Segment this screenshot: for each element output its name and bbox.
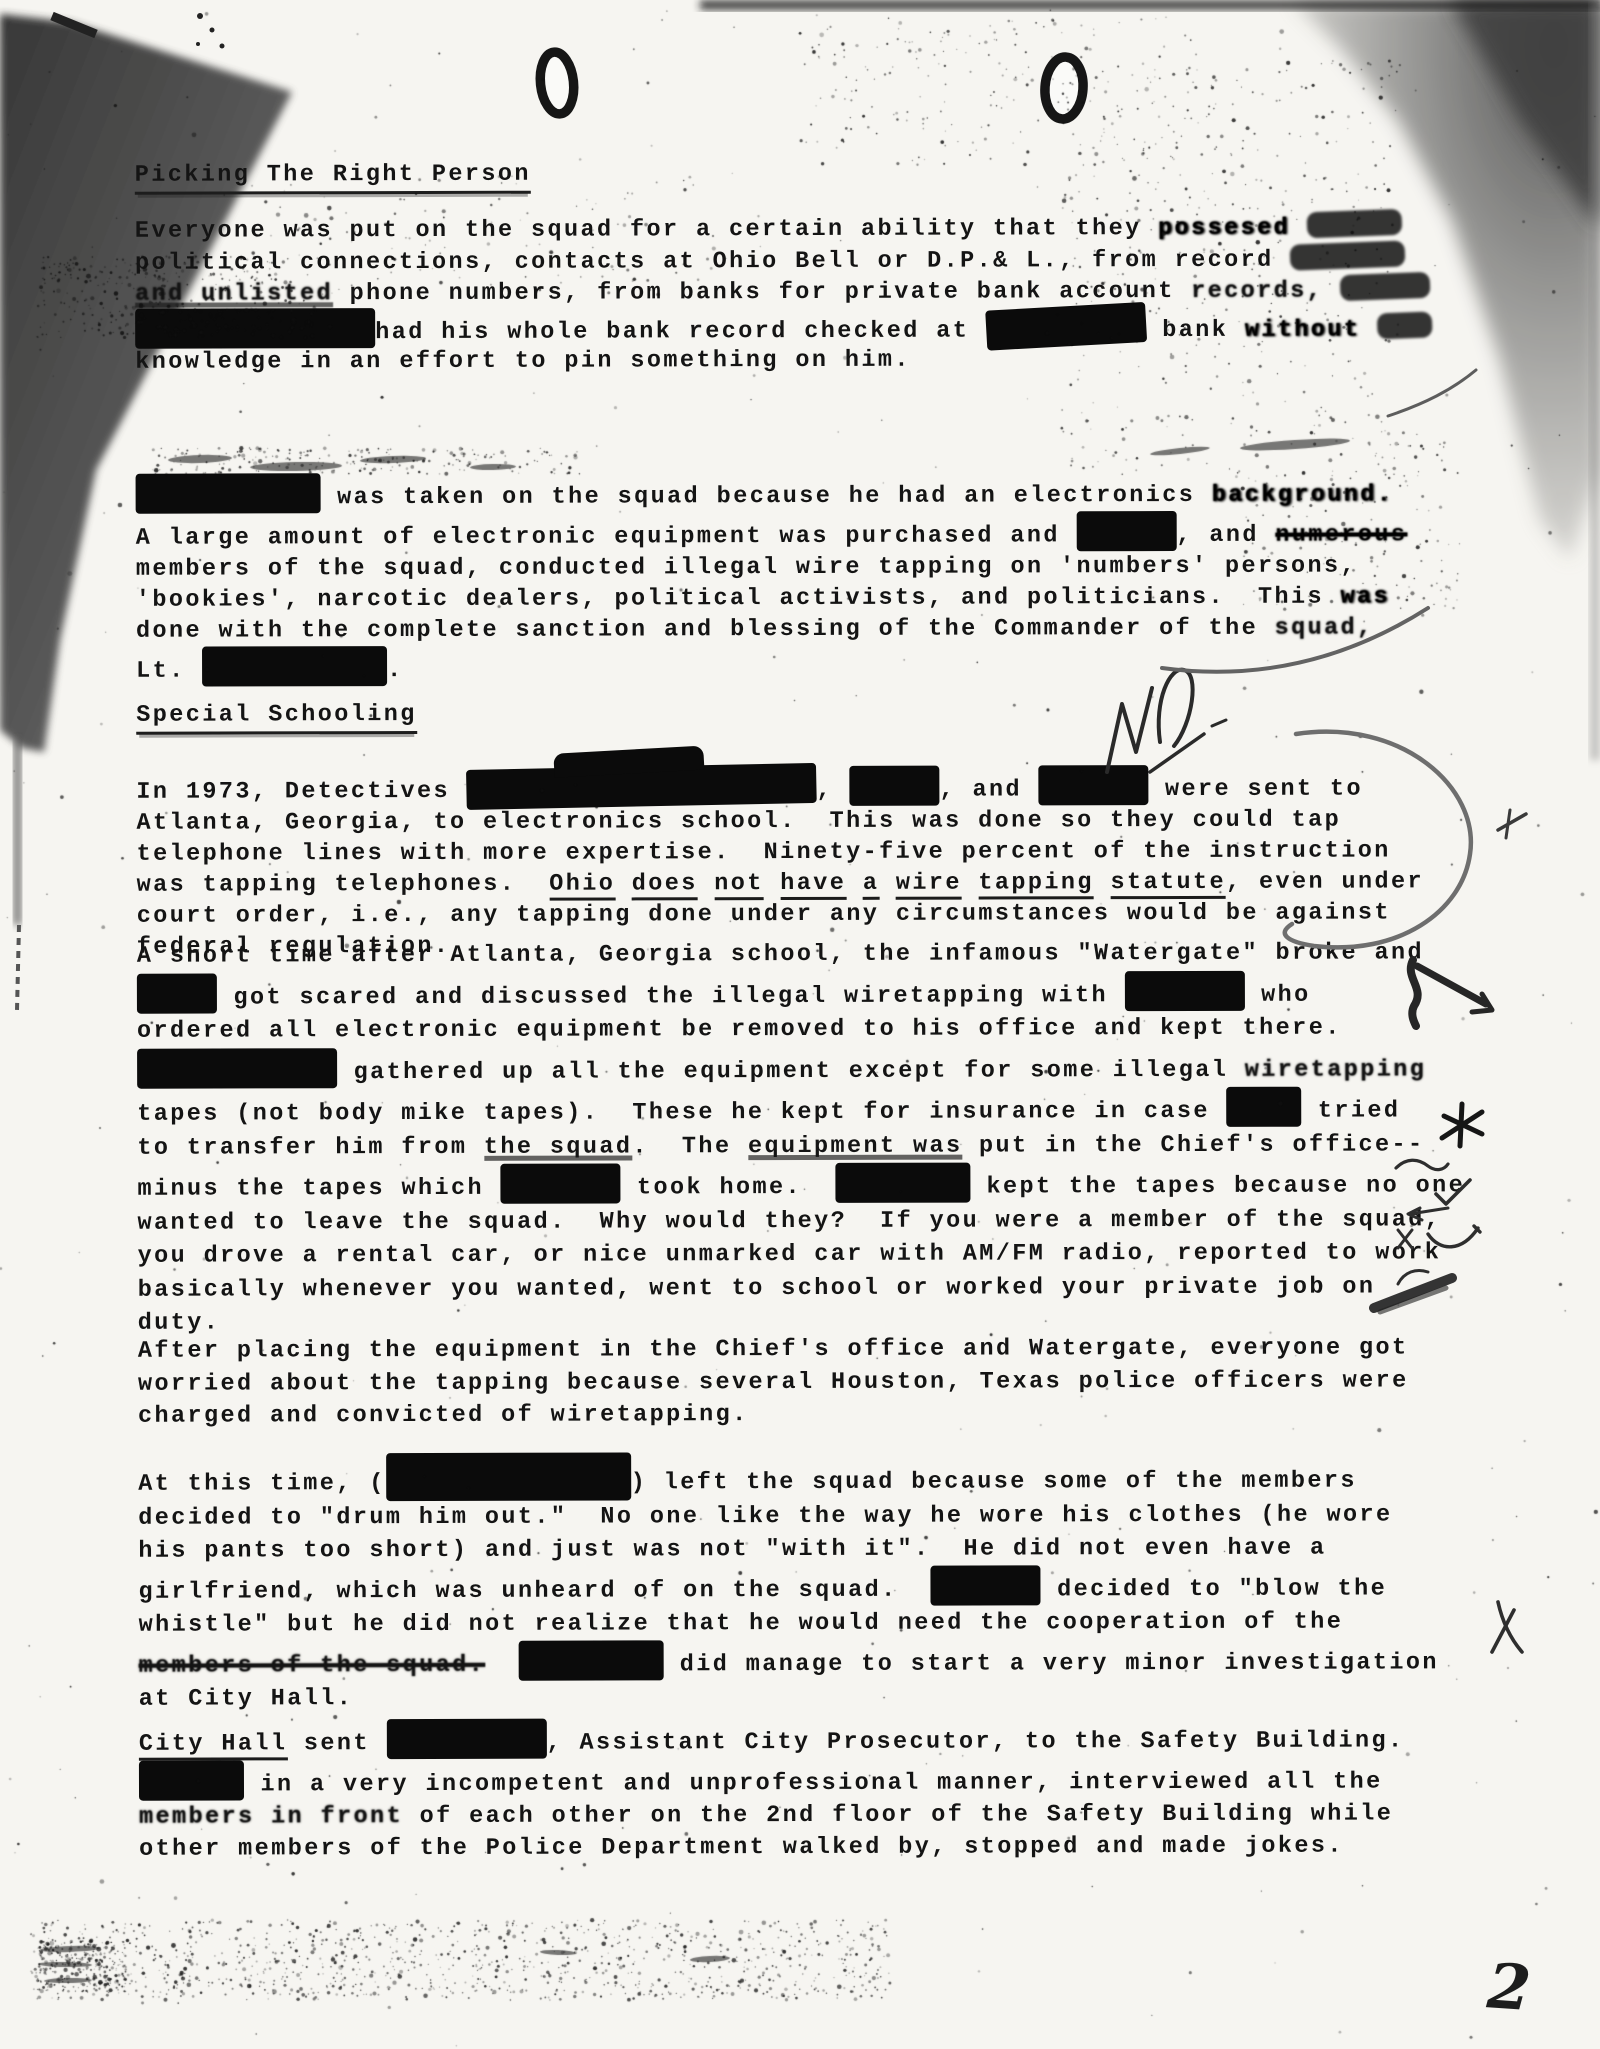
typewritten-line: done with the complete sanction and bles… xyxy=(136,612,1408,646)
text-segment xyxy=(485,1652,518,1679)
text-segment xyxy=(1094,869,1111,896)
typewritten-line: In 1973, Detectives , , and were sent to xyxy=(136,764,1423,807)
text-segment: members of the squad. xyxy=(139,1652,486,1680)
redaction-bar xyxy=(518,1640,663,1680)
text-segment: members of the squad, conducted illegal … xyxy=(136,553,1357,583)
typewritten-line: After placing the equipment in the Chief… xyxy=(138,1332,1409,1368)
typewritten-line: Atlanta, Georgia, to electronics school.… xyxy=(136,804,1423,838)
text-segment: , xyxy=(816,777,849,804)
text-segment xyxy=(615,870,632,897)
typewritten-line: you drove a rental car, or nice unmarked… xyxy=(138,1236,1466,1273)
text-segment: numerous xyxy=(1275,521,1407,548)
typewritten-line: gathered up all the equipment except for… xyxy=(137,1045,1465,1090)
text-segment: had his whole bank record checked at xyxy=(375,317,986,346)
redaction-bar xyxy=(849,766,939,806)
text-segment: records, xyxy=(1191,278,1340,305)
typewritten-line: other members of the Police Department w… xyxy=(139,1830,1405,1865)
text-segment: tapping xyxy=(978,869,1094,899)
text-segment: phone numbers, from banks for private ba… xyxy=(333,278,1191,307)
text-segment: court order, i.e., any tapping done unde… xyxy=(137,899,1391,929)
typewritten-line: members of the squad, conducted illegal … xyxy=(136,550,1408,584)
text-segment: , and xyxy=(1176,522,1275,549)
smear-blob xyxy=(1376,311,1432,339)
text-segment: and unlisted xyxy=(135,280,333,308)
text-segment: sent xyxy=(287,1730,386,1757)
typewritten-line: to transfer him from the squad. The equi… xyxy=(137,1128,1465,1165)
text-segment: you drove a rental car, or nice unmarked… xyxy=(138,1239,1442,1269)
text-segment: who xyxy=(1245,981,1311,1008)
typewritten-line: tapes (not body mike tapes). These he ke… xyxy=(137,1086,1465,1131)
text-segment: In 1973, Detectives xyxy=(136,778,466,806)
text-segment: the squad xyxy=(484,1133,633,1160)
text-segment: gathered up all the equipment except for… xyxy=(337,1056,1245,1085)
redaction-bar xyxy=(466,763,817,810)
smear-blob xyxy=(1306,209,1402,239)
redaction-bar xyxy=(931,1565,1041,1605)
typewritten-line: Lt. . xyxy=(136,643,1408,686)
typewritten-line: wanted to leave the squad. Why would the… xyxy=(137,1203,1465,1240)
typewritten-line: decided to "drum him out." No one like t… xyxy=(138,1498,1438,1534)
text-segment: A large amount of electronic equipment w… xyxy=(136,522,1077,551)
redaction-bar xyxy=(1038,765,1148,805)
paragraph: City Hall sent , Assistant City Prosecut… xyxy=(139,1716,1405,1865)
text-segment: done with the complete sanction and bles… xyxy=(136,615,1275,645)
typewritten-line: At this time, () left the squad because … xyxy=(138,1450,1438,1501)
text-segment: ordered all electronic equipment be remo… xyxy=(137,1015,1342,1045)
text-segment: City Hall xyxy=(139,1730,288,1760)
typewritten-line: was taken on the squad because he had an… xyxy=(136,470,1408,513)
typewritten-line: girlfriend, which was unheard of on the … xyxy=(138,1564,1438,1608)
text-segment: does xyxy=(632,870,698,900)
text-segment xyxy=(764,870,781,897)
text-segment: , even under xyxy=(1226,868,1424,896)
text-segment: Ohio xyxy=(549,870,615,900)
section-heading: Special Schooling xyxy=(136,701,417,735)
typewritten-line: members in front of each other on the 2n… xyxy=(139,1798,1405,1833)
typewritten-line: ordered all electronic equipment be remo… xyxy=(137,1011,1465,1048)
typewritten-line: members of the squad. did manage to star… xyxy=(139,1638,1439,1682)
text-segment: were sent to xyxy=(1148,776,1363,804)
text-segment: equipment was xyxy=(748,1132,963,1160)
typewritten-line: A short time after Atlanta, Georgia scho… xyxy=(137,936,1465,973)
text-segment: tapes (not body mike tapes). These he ke… xyxy=(137,1098,1226,1128)
text-segment: minus the tapes which xyxy=(137,1175,500,1203)
typewritten-line: telephone lines with more expertise. Nin… xyxy=(137,835,1424,869)
typewritten-line: was tapping telephones. Ohio does not ha… xyxy=(137,866,1424,900)
text-segment: Atlanta, Georgia, to electronics school.… xyxy=(136,807,1341,837)
typewritten-line: in a very incompetent and unprofessional… xyxy=(139,1757,1405,1801)
typewritten-line: worried about the tapping because severa… xyxy=(138,1365,1409,1401)
text-segment: At this time, ( xyxy=(138,1470,386,1498)
typewritten-line: A large amount of electronic equipment w… xyxy=(136,510,1408,553)
text-segment: bank xyxy=(1146,316,1245,343)
typewritten-line: City Hall sent , Assistant City Prosecut… xyxy=(139,1716,1405,1760)
text-segment: telephone lines with more expertise. Nin… xyxy=(137,837,1391,867)
paragraph: A short time after Atlanta, Georgia scho… xyxy=(137,936,1466,1340)
section-heading-text: Picking The Right Person xyxy=(135,161,531,195)
text-segment: his pants too short) and just was not "w… xyxy=(138,1535,1326,1565)
text-segment: charged and convicted of wiretapping. xyxy=(138,1401,749,1430)
document-text: Picking The Right PersonEveryone was put… xyxy=(0,0,1600,2049)
text-segment xyxy=(698,870,715,897)
paragraph: In 1973, Detectives , , and were sent to… xyxy=(136,764,1424,962)
redaction-bar xyxy=(835,1163,970,1203)
redaction-bar xyxy=(386,1452,631,1501)
typewritten-line: and unlisted phone numbers, from banks f… xyxy=(135,273,1432,308)
text-segment: ) left the squad because some of the mem… xyxy=(631,1468,1357,1497)
redaction-bar xyxy=(500,1163,620,1203)
text-segment: After placing the equipment in the Chief… xyxy=(138,1334,1409,1364)
text-segment: kept the tapes because no one xyxy=(970,1172,1465,1200)
text-segment: took home. xyxy=(620,1174,835,1202)
text-segment: A short time after Atlanta, Georgia scho… xyxy=(137,939,1424,969)
redaction-bar xyxy=(137,973,217,1013)
text-segment: other members of the Police Department w… xyxy=(139,1833,1344,1863)
text-segment: decided to "drum him out." No one like t… xyxy=(138,1501,1392,1531)
text-segment: basically whenever you wanted, went to s… xyxy=(138,1273,1376,1303)
text-segment: girlfriend, which was unheard of on the … xyxy=(138,1577,930,1606)
text-segment: wire xyxy=(896,870,962,900)
typewritten-line: 'bookies', narcotic dealers, political a… xyxy=(136,581,1408,615)
typewritten-line: knowledge in an effort to pin something … xyxy=(135,345,1432,376)
text-segment: background. xyxy=(1212,481,1394,508)
smear-blob xyxy=(1339,272,1430,301)
text-segment: not xyxy=(714,870,764,900)
text-segment: to transfer him from xyxy=(137,1133,484,1161)
redaction-bar xyxy=(1076,511,1176,551)
paragraph: At this time, () left the squad because … xyxy=(138,1450,1439,1715)
text-segment xyxy=(962,870,979,897)
text-segment xyxy=(879,870,896,897)
redaction-bar xyxy=(135,308,375,349)
typewritten-line: court order, i.e., any tapping done unde… xyxy=(137,897,1424,931)
typewritten-line: whistle" but he did not realize that he … xyxy=(139,1605,1439,1641)
text-segment: worried about the tapping because severa… xyxy=(138,1367,1409,1397)
text-segment: possesed xyxy=(1158,215,1307,242)
section-heading: Picking The Right Person xyxy=(135,161,531,195)
text-segment: put in the Chief's office-- xyxy=(962,1131,1424,1159)
text-segment: got scared and discussed the illegal wir… xyxy=(217,982,1125,1011)
text-segment: 'bookies', narcotic dealers, political a… xyxy=(136,584,1341,614)
text-segment: statute xyxy=(1110,869,1226,899)
text-segment: of each other on the 2nd floor of the Sa… xyxy=(403,1800,1393,1830)
text-segment: Everyone was put on the squad for a cert… xyxy=(135,215,1158,245)
text-segment: squad, xyxy=(1275,614,1374,641)
typewritten-line: had his whole bank record checked at ban… xyxy=(135,305,1432,348)
text-segment: decided to "blow the xyxy=(1041,1575,1388,1603)
scanned-page: Picking The Right PersonEveryone was put… xyxy=(0,0,1600,2049)
typewritten-line: Everyone was put on the squad for a cert… xyxy=(135,210,1432,245)
text-segment: in a very incompetent and unprofessional… xyxy=(244,1768,1383,1798)
typewritten-line: political connections, contacts at Ohio … xyxy=(135,242,1432,277)
text-segment: Lt. xyxy=(136,658,202,685)
redaction-bar xyxy=(1125,970,1245,1010)
text-segment: whistle" but he did not realize that he … xyxy=(139,1609,1344,1639)
text-segment: . xyxy=(387,657,404,684)
text-segment: without xyxy=(1245,316,1377,343)
text-segment: political connections, contacts at Ohio … xyxy=(135,246,1290,276)
text-segment: wiretapping xyxy=(1245,1056,1427,1083)
typewritten-line: at City Hall. xyxy=(139,1679,1439,1715)
text-segment: was tapping telephones. xyxy=(137,871,550,899)
text-segment: duty. xyxy=(138,1310,221,1337)
typewritten-line: charged and convicted of wiretapping. xyxy=(138,1397,1409,1433)
paragraph: was taken on the squad because he had an… xyxy=(136,470,1408,686)
text-segment: , and xyxy=(939,776,1038,803)
redaction-bar xyxy=(386,1719,546,1759)
text-segment: wanted to leave the squad. Why would the… xyxy=(137,1206,1441,1236)
redaction-bar xyxy=(1226,1087,1301,1127)
text-segment: knowledge in an effort to pin something … xyxy=(135,346,911,375)
text-segment: at City Hall. xyxy=(139,1685,354,1713)
text-segment: was taken on the squad because he had an… xyxy=(321,482,1212,511)
text-segment: was xyxy=(1341,583,1391,610)
typewritten-line: basically whenever you wanted, went to s… xyxy=(138,1270,1466,1307)
smear-blob xyxy=(1290,240,1406,270)
paragraph: Everyone was put on the squad for a cert… xyxy=(135,210,1432,375)
text-segment xyxy=(846,870,863,897)
text-segment: a xyxy=(863,870,880,900)
text-segment: tried xyxy=(1301,1097,1400,1124)
redaction-bar xyxy=(139,1760,244,1800)
redaction-bar xyxy=(985,301,1147,350)
typewritten-line: got scared and discussed the illegal wir… xyxy=(137,970,1465,1015)
text-segment: did manage to start a very minor investi… xyxy=(663,1649,1439,1678)
text-segment: have xyxy=(780,870,846,900)
typewritten-line: minus the tapes which took home. kept th… xyxy=(137,1161,1465,1206)
redaction-bar xyxy=(136,473,321,513)
typewritten-line: his pants too short) and just was not "w… xyxy=(138,1531,1438,1567)
text-segment: . The xyxy=(632,1133,748,1160)
redaction-bar xyxy=(202,646,387,686)
section-heading-text: Special Schooling xyxy=(136,701,417,735)
redaction-bar xyxy=(137,1048,337,1089)
text-segment: , Assistant City Prosecutor, to the Safe… xyxy=(546,1727,1404,1756)
text-segment: members in front xyxy=(139,1803,403,1831)
paragraph: After placing the equipment in the Chief… xyxy=(138,1332,1409,1433)
redaction-bar-hump xyxy=(553,746,704,778)
